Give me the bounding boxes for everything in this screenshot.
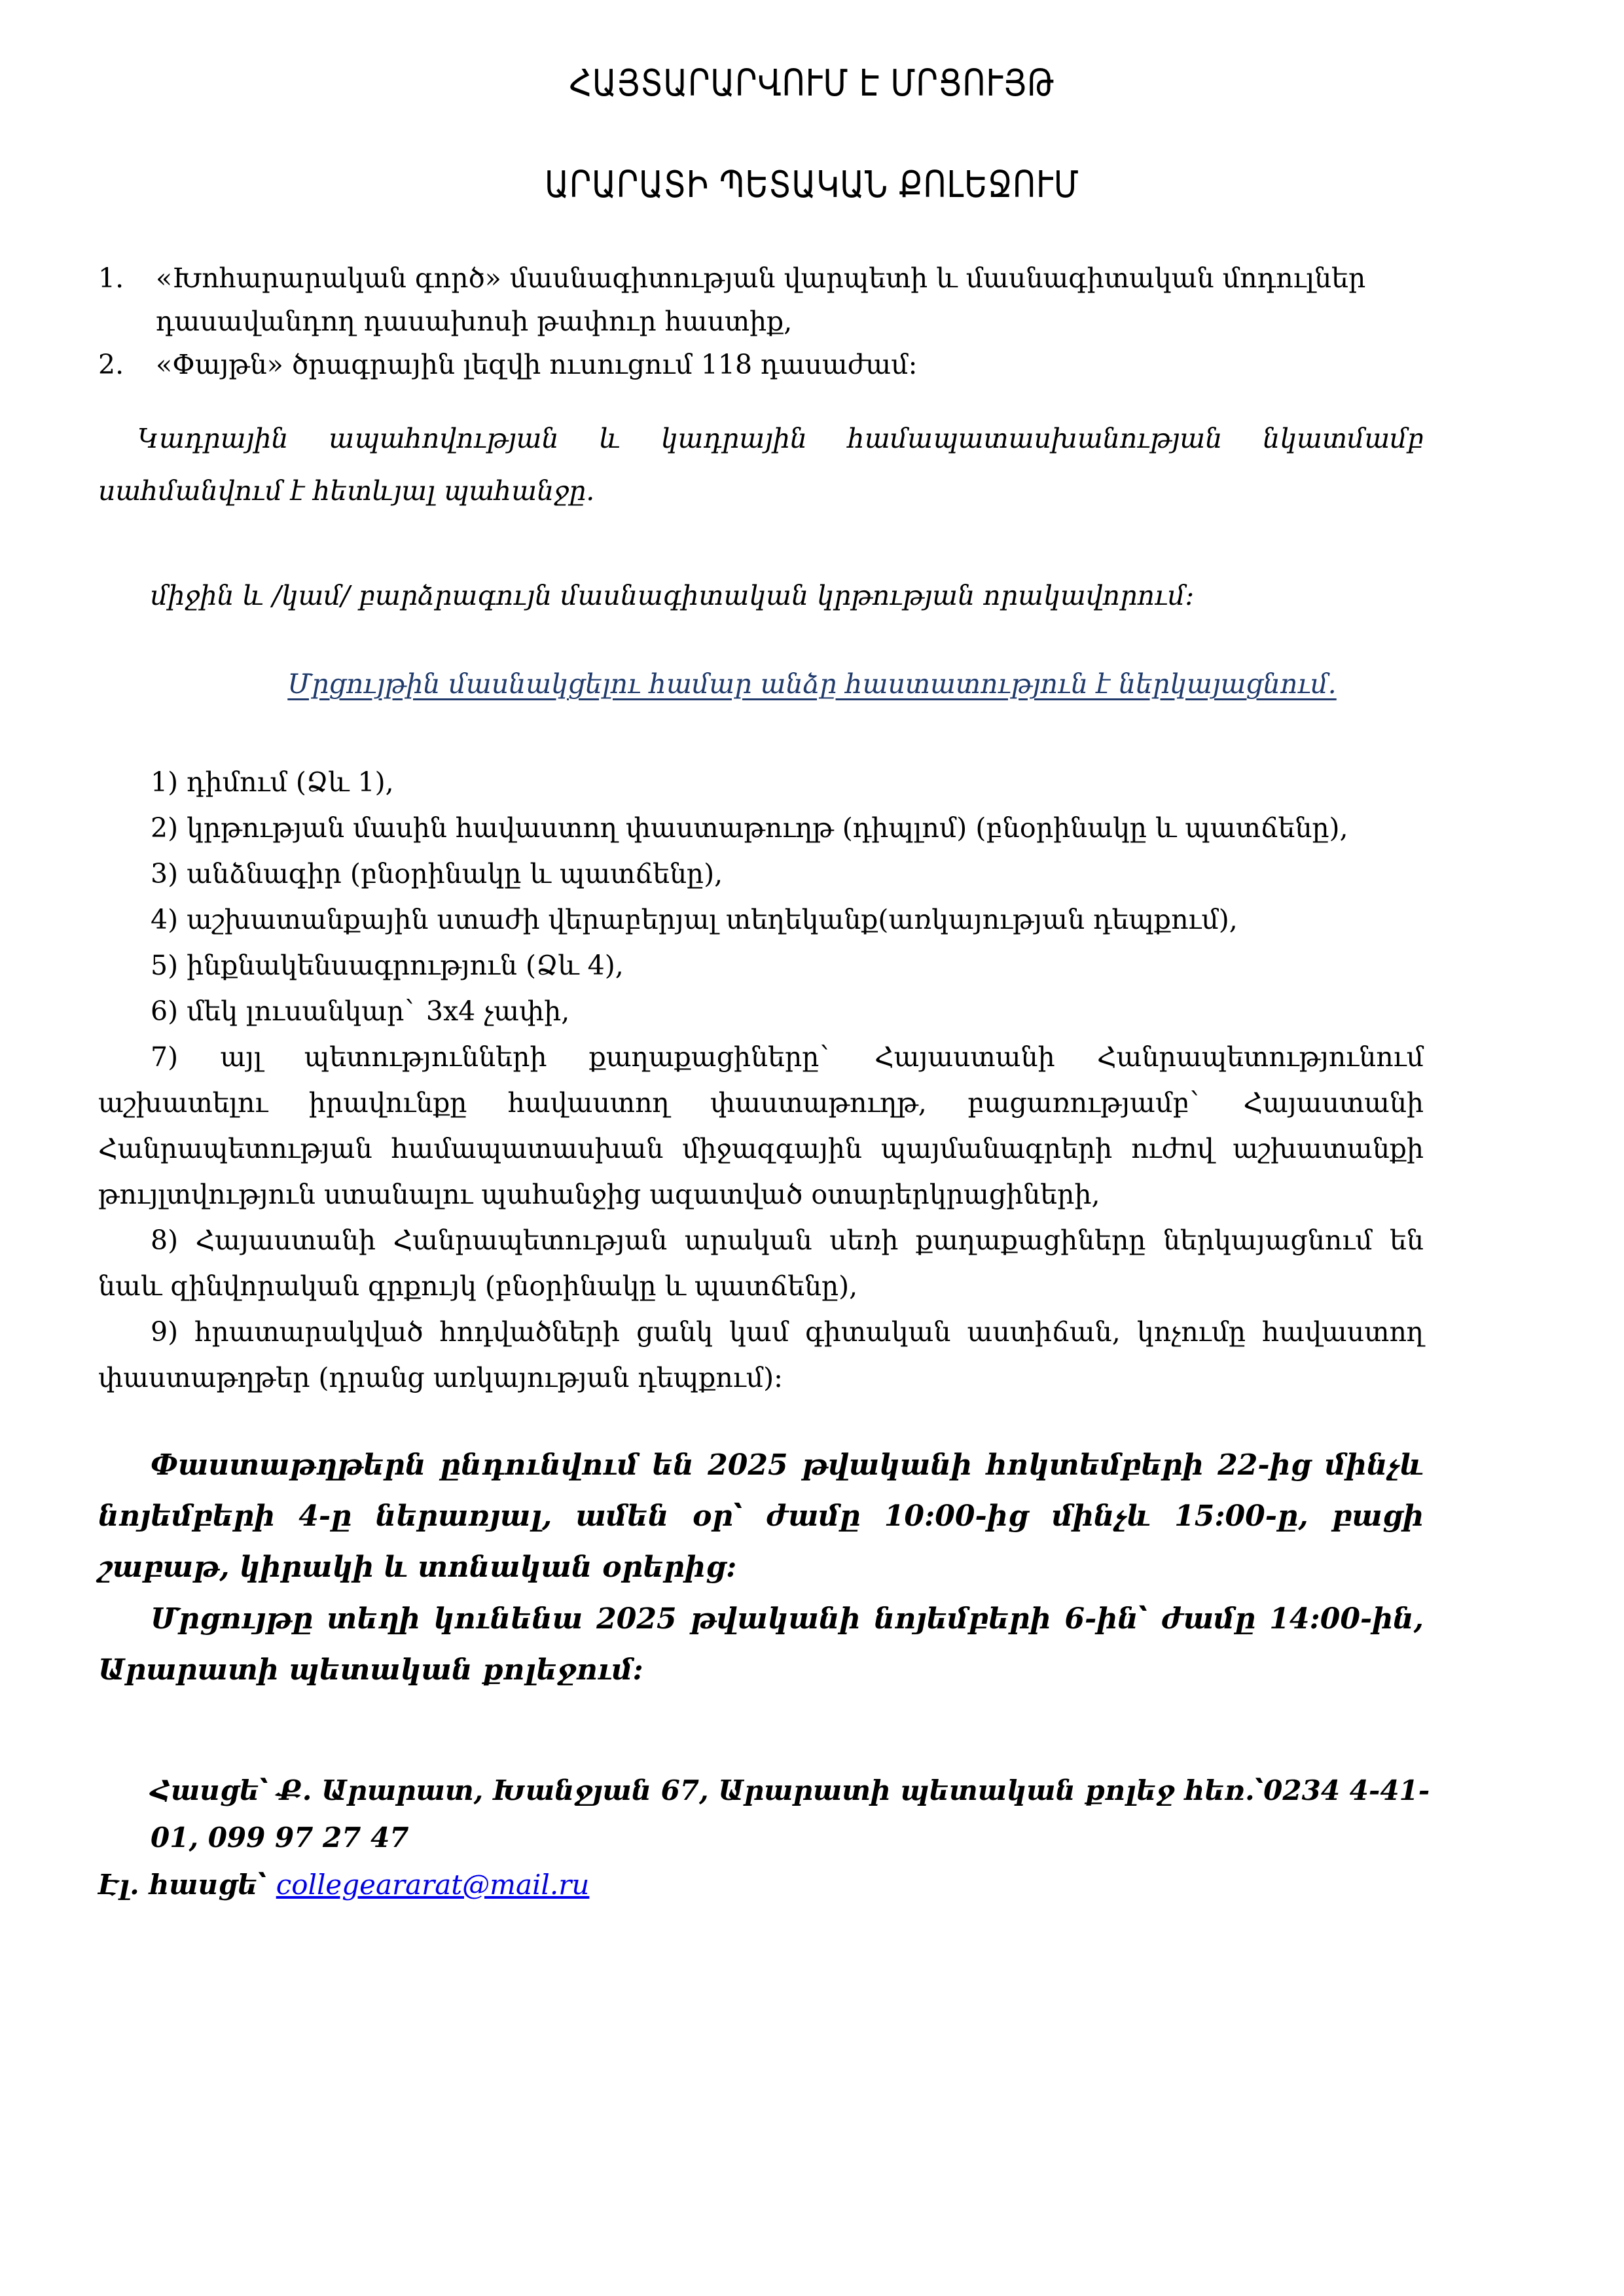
cadre-requirement-paragraph: Կադրային ապահովության և կադրային համապատ… (98, 412, 1424, 517)
education-requirement: միջին և /կամ/ բարձրագույն մասնագիտական կ… (151, 569, 1476, 622)
contact-address: Հասցե՝ Ք. Արարատ, Խանջյան 67, Արարատի պե… (98, 1767, 1473, 1861)
position-item: 2. «Փայթն» ծրագրային լեզվի ուսուցում 118… (98, 343, 1427, 386)
positions-list: 1. «Խոհարարական գործ» մասնագիտության վար… (98, 257, 1427, 386)
position-number: 2. (98, 343, 124, 386)
requirement-item: 5) ինքնակենսագրություն (Ձև 4), (98, 942, 1424, 988)
documents-heading: Մրցույթին մասնակցելու համար անձը հաստատո… (0, 658, 1624, 710)
document-page: ՀԱՅՏԱՐԱՐՎՈՒՄ Է ՄՐՑՈՒՅԹ ԱՐԱՐԱՏԻ ՊԵՏԱԿԱՆ Ք… (0, 0, 1624, 2296)
position-text: «Փայթն» ծրագրային լեզվի ուսուցում 118 դա… (156, 349, 917, 380)
contest-date-paragraph: Մրցույթը տեղի կունենա 2025 թվականի նոյեմ… (98, 1594, 1424, 1696)
requirement-item: 2) կրթության մասին հավաստող փաստաթուղթ (… (98, 805, 1424, 851)
contact-email-line: Էլ. հասցե՝ collegeararat@mail.ru (98, 1861, 1473, 1909)
submission-dates-paragraph: Փաստաթղթերն ընդունվում են 2025 թվականի հ… (98, 1440, 1424, 1593)
requirement-item: 7) այլ պետությունների քաղաքացիները` Հայա… (98, 1034, 1424, 1217)
requirement-item: 1) դիմում (Ձև 1), (98, 759, 1424, 805)
requirement-item: 3) անձնագիր (բնօրինակը և պատճենը), (98, 851, 1424, 897)
required-documents-list: 1) դիմում (Ձև 1), 2) կրթության մասին հավ… (98, 759, 1424, 1401)
requirement-item: 9) հրատարակված հոդվածների ցանկ կամ գիտակ… (98, 1309, 1424, 1401)
email-link[interactable]: collegeararat@mail.ru (276, 1869, 590, 1901)
requirement-item: 8) Հայաստանի Հանրապետության արական սեռի … (98, 1217, 1424, 1309)
position-text: «Խոհարարական գործ» մասնագիտության վարպետ… (156, 262, 1365, 337)
announcement-title: ՀԱՅՏԱՐԱՐՎՈՒՄ Է ՄՐՑՈՒՅԹ (114, 62, 1511, 105)
email-label: Էլ. հասցե՝ (98, 1869, 266, 1901)
contact-block: Հասցե՝ Ք. Արարատ, Խանջյան 67, Արարատի պե… (98, 1767, 1473, 1909)
requirement-item: 6) մեկ լուսանկար` 3x4 չափի, (98, 988, 1424, 1034)
position-number: 1. (98, 257, 124, 300)
requirement-item: 4) աշխատանքային ստաժի վերաբերյալ տեղեկան… (98, 897, 1424, 942)
position-item: 1. «Խոհարարական գործ» մասնագիտության վար… (98, 257, 1427, 343)
institution-title: ԱՐԱՐԱՏԻ ՊԵՏԱԿԱՆ ՔՈԼԵՋՈՒՄ (114, 164, 1511, 206)
